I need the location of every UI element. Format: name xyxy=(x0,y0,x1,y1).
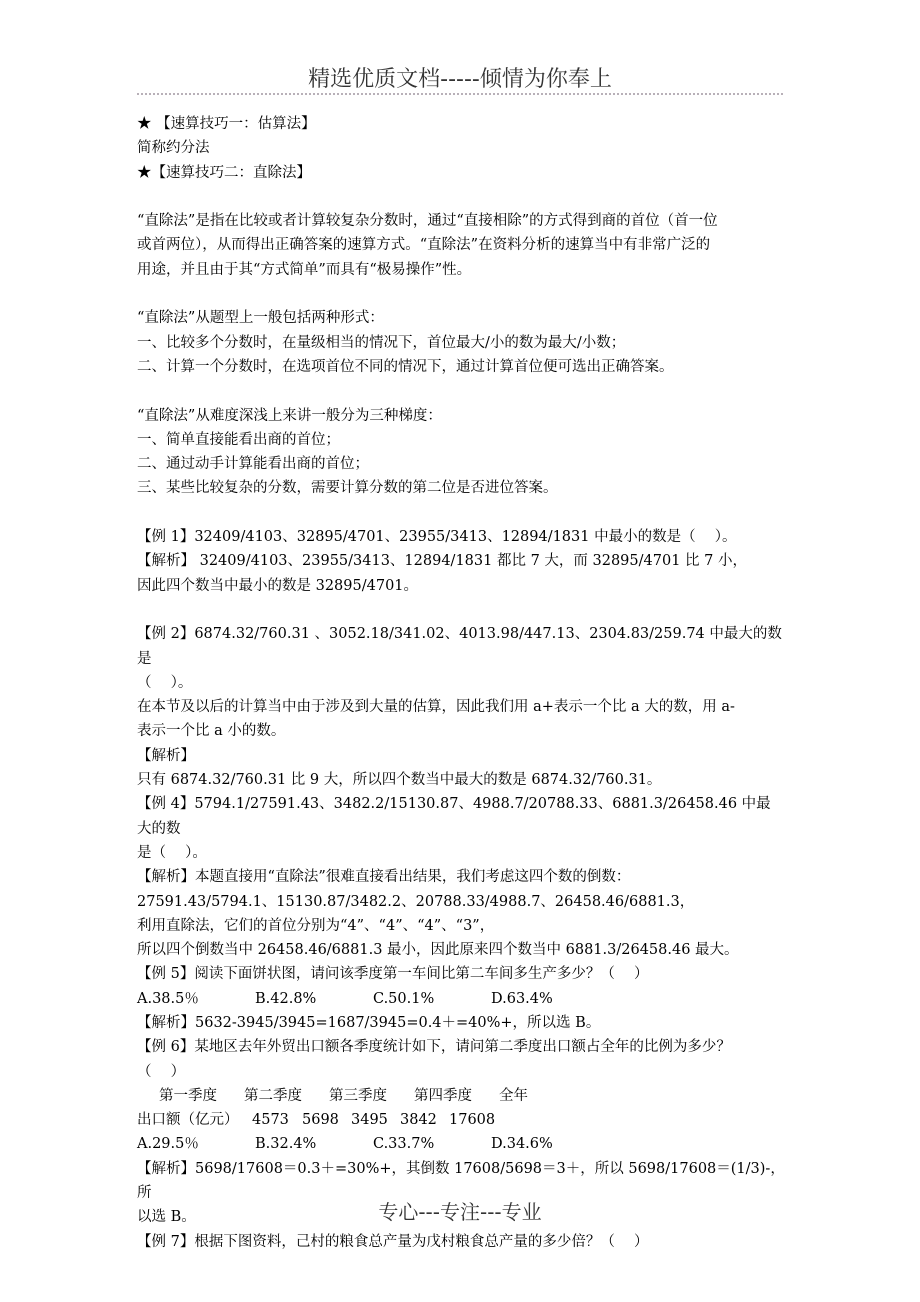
example-6-question: 【例 6】某地区去年外贸出口额各季度统计如下，请问第二季度出口额占全年的比例为多… xyxy=(137,1035,785,1059)
option-b: B.32.4% xyxy=(255,1132,373,1156)
option-c: C.50.1% xyxy=(373,987,491,1011)
text-line: 简称约分法 xyxy=(137,136,785,160)
table-row-label: 出口额（亿元） xyxy=(137,1108,252,1132)
example-4-analysis: 【解析】本题直接用“直除法”很难直接看出结果，我们考虑这四个数的倒数： xyxy=(137,865,785,889)
table-cell: 17608 xyxy=(449,1108,495,1132)
blank-line xyxy=(137,282,785,306)
example-2-analysis-label: 【解析】 xyxy=(137,744,785,768)
table-cell: 5698 xyxy=(302,1108,351,1132)
ex6-table-row: 出口额（亿元） 4573 5698 3495 3842 17608 xyxy=(137,1108,785,1132)
heading-technique-2: ★【速算技巧二：直除法】 xyxy=(137,161,785,185)
text-line: 一、比较多个分数时，在量级相当的情况下，首位最大/小的数为最大/小数； xyxy=(137,331,785,355)
text-line: “直除法”从题型上一般包括两种形式： xyxy=(137,306,785,330)
text-line: 三、某些比较复杂的分数，需要计算分数的第二位是否进位答案。 xyxy=(137,476,785,500)
text-line: 27591.43/5794.1、15130.87/3482.2、20788.33… xyxy=(137,890,785,914)
text-line: 只有 6874.32/760.31 比 9 大，所以四个数当中最大的数是 687… xyxy=(137,768,785,792)
text-line: 用途，并且由于其“方式简单”而具有“极易操作”性。 xyxy=(137,258,785,282)
page-header-title: 精选优质文档-----倾情为你奉上 xyxy=(0,62,920,93)
text-line: 二、计算一个分数时，在选项首位不同的情况下，通过计算首位便可选出正确答案。 xyxy=(137,355,785,379)
ex6-table-header: 第一季度 第二季度 第三季度 第四季度 全年 xyxy=(137,1084,785,1108)
header-divider xyxy=(137,93,783,95)
table-cell: 3842 xyxy=(400,1108,449,1132)
document-body: ★ 【速算技巧一：估算法】 简称约分法 ★【速算技巧二：直除法】 “直除法”是指… xyxy=(137,112,785,1254)
example-7-question: 【例 7】根据下图资料，己村的粮食总产量为戊村粮食总产量的多少倍？（ ） xyxy=(137,1230,785,1254)
option-d: D.63.4% xyxy=(491,987,553,1011)
text-line: 所以四个倒数当中 26458.46/6881.3 最小，因此原来四个数当中 68… xyxy=(137,938,785,962)
table-header-cell: 第二季度 xyxy=(244,1084,329,1108)
option-b: B.42.8% xyxy=(255,987,373,1011)
text-line: 二、通过动手计算能看出商的首位； xyxy=(137,452,785,476)
option-c: C.33.7% xyxy=(373,1132,491,1156)
table-cell: 4573 xyxy=(252,1108,302,1132)
example-5-analysis: 【解析】5632-3945/3945=1687/3945=0.4＋=40%+，所… xyxy=(137,1011,785,1035)
table-header-cell: 第三季度 xyxy=(329,1084,414,1108)
option-d: D.34.6% xyxy=(491,1132,553,1156)
text-line: 表示一个比 a 小的数。 xyxy=(137,719,785,743)
text-line: “直除法”从难度深浅上来讲一般分为三种梯度： xyxy=(137,404,785,428)
example-1-analysis: 【解析】 32409/4103、23955/3413、12894/1831 都比… xyxy=(137,549,785,573)
option-a: A.29.5％ xyxy=(137,1132,255,1156)
text-line: 在本节及以后的计算当中由于涉及到大量的估算，因此我们用 a+表示一个比 a 大的… xyxy=(137,695,785,719)
text-line: 因此四个数当中最小的数是 32895/4701。 xyxy=(137,574,785,598)
example-5-question: 【例 5】阅读下面饼状图，请问该季度第一车间比第二车间多生产多少？（ ） xyxy=(137,962,785,986)
blank-line xyxy=(137,185,785,209)
blank-line xyxy=(137,598,785,622)
text-line: “直除法”是指在比较或者计算较复杂分数时，通过“直接相除”的方式得到商的首位（首… xyxy=(137,209,785,233)
table-cell: 3495 xyxy=(351,1108,400,1132)
option-a: A.38.5％ xyxy=(137,987,255,1011)
blank-line xyxy=(137,501,785,525)
text-line: （ ）。 xyxy=(137,671,785,695)
example-4-question: 【例 4】5794.1/27591.43、3482.2/15130.87、498… xyxy=(137,792,785,841)
page-footer: 专心---专注---专业 xyxy=(0,1196,920,1225)
example-5-options: A.38.5％ B.42.8% C.50.1% D.63.4% xyxy=(137,987,785,1011)
text-line: 一、简单直接能看出商的首位； xyxy=(137,428,785,452)
table-header-cell: 第一季度 xyxy=(159,1084,244,1108)
blank-line xyxy=(137,379,785,403)
example-1-question: 【例 1】32409/4103、32895/4701、23955/3413、12… xyxy=(137,525,785,549)
text-line: 利用直除法，它们的首位分别为“4”、“4”、“4”、“3”， xyxy=(137,914,785,938)
text-line: 是（ ）。 xyxy=(137,841,785,865)
text-line: 或首两位），从而得出正确答案的速算方式。“直除法”在资料分析的速算当中有非常广泛… xyxy=(137,233,785,257)
example-6-options: A.29.5％ B.32.4% C.33.7% D.34.6% xyxy=(137,1132,785,1156)
table-header-cell: 全年 xyxy=(499,1084,528,1108)
heading-technique-1: ★ 【速算技巧一：估算法】 xyxy=(137,112,785,136)
text-line: （ ） xyxy=(137,1060,785,1084)
table-header-cell: 第四季度 xyxy=(414,1084,499,1108)
example-2-question: 【例 2】6874.32/760.31 、3052.18/341.02、4013… xyxy=(137,622,785,671)
